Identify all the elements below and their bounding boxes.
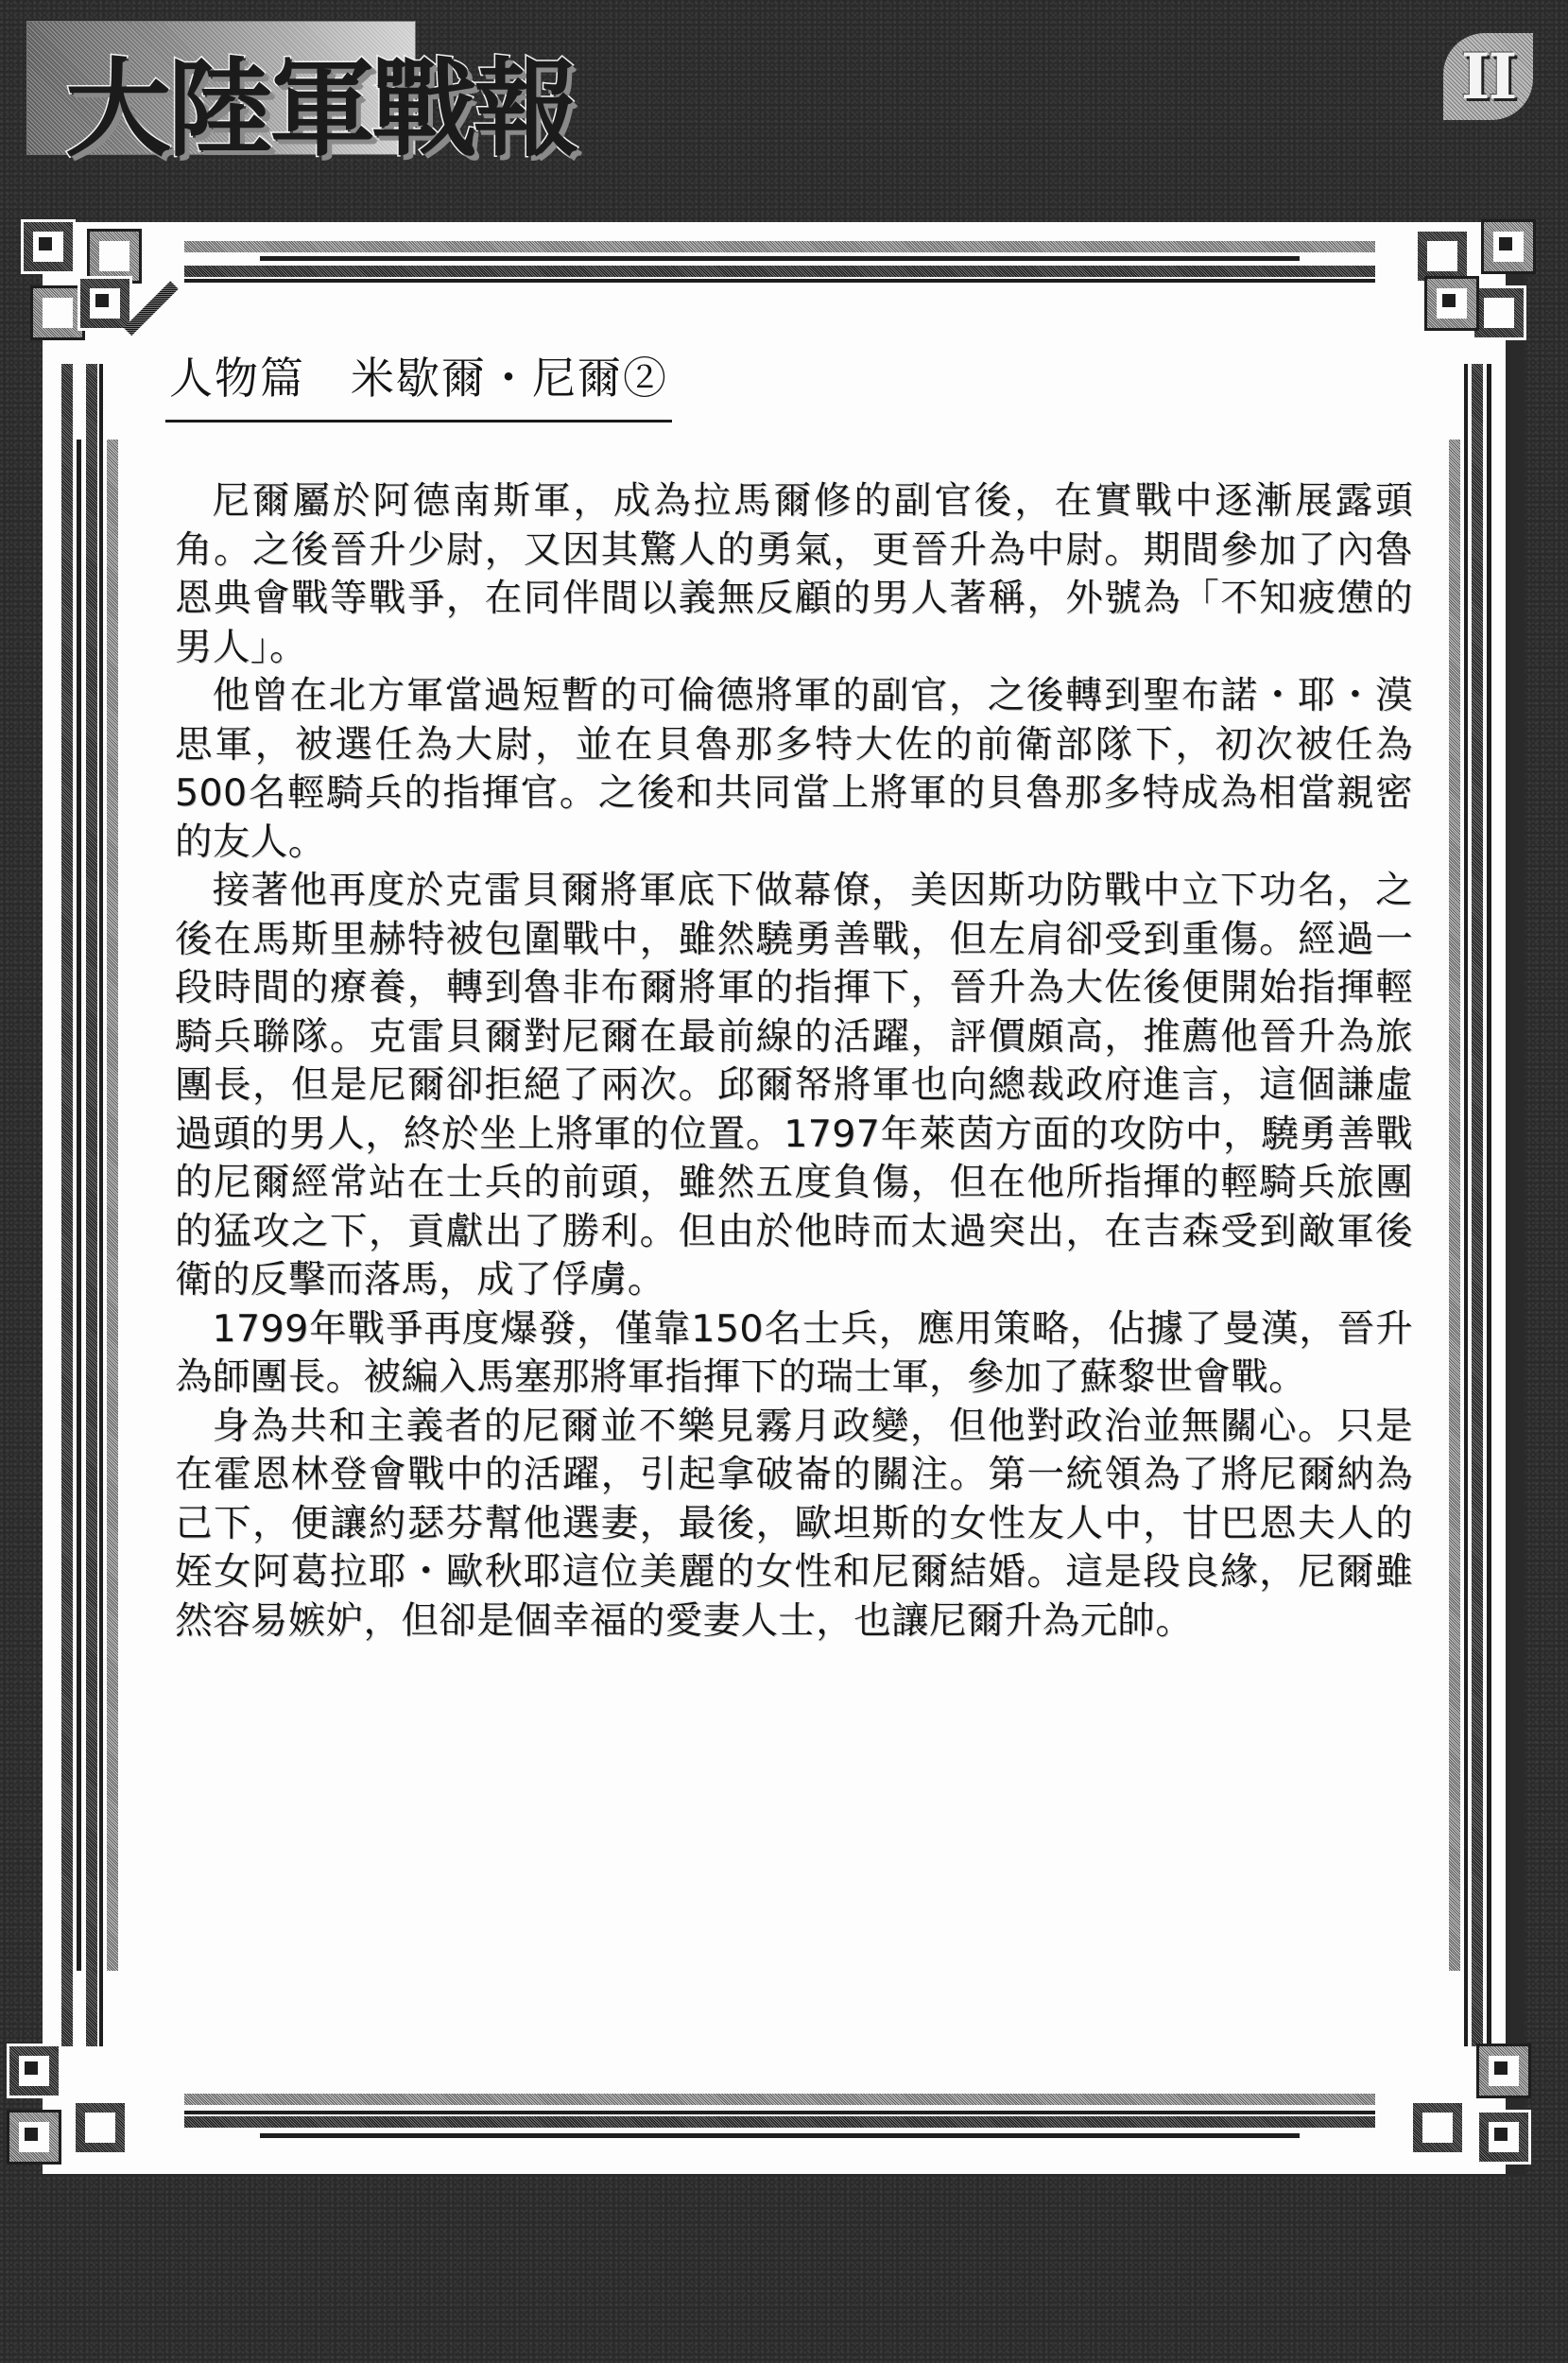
frame-right-line-base [1464, 364, 1468, 2046]
frame-right-edge [1506, 222, 1525, 2174]
frame-right-line-mid [1472, 364, 1483, 2046]
frame-top-line-outer [184, 241, 1375, 252]
paragraph: 他曾在北方軍當過短暫的可倫德將軍的副官，之後轉到聖布諾・耶・漠思軍，被選任為大尉… [175, 672, 1413, 867]
frame-left-line-thin [77, 440, 81, 1971]
frame-bottom-line-top [184, 2111, 1375, 2114]
volume-number: II [1461, 45, 1516, 108]
volume-badge: II [1443, 33, 1533, 120]
frame-right-line-inner [1449, 440, 1460, 1971]
article-content: 人物篇 米歇爾・尼爾② 尼爾屬於阿德南斯軍，成為拉馬爾修的副官後，在實戰中逐漸展… [175, 350, 1413, 1646]
paragraph: 尼爾屬於阿德南斯軍，成為拉馬爾修的副官後，在實戰中逐漸展露頭角。之後晉升少尉，又… [175, 477, 1413, 672]
frame-left-line-outer [61, 364, 73, 2046]
paragraph: 接著他再度於克雷貝爾將軍底下做幕僚，美因斯功防戰中立下功名，之後在馬斯里赫特被包… [175, 867, 1413, 1305]
article-body: 尼爾屬於阿德南斯軍，成為拉馬爾修的副官後，在實戰中逐漸展露頭角。之後晉升少尉，又… [175, 477, 1413, 1646]
frame-top-line-inner [184, 266, 1375, 277]
corner-ornament-bottom-right [1385, 2037, 1536, 2188]
frame-right-line-thin [1487, 364, 1491, 2046]
frame-left-line-mid [86, 364, 97, 2046]
corner-ornament-top-left [14, 213, 165, 364]
frame-top-line-thin [260, 256, 1300, 261]
corner-ornament-top-right [1389, 213, 1541, 364]
frame-top-line-base [184, 279, 1375, 283]
paragraph: 1799年戰爭再度爆發，僅靠150名士兵，應用策略，佔據了曼漢，晉升為師團長。被… [175, 1305, 1413, 1403]
paragraph: 身為共和主義者的尼爾並不樂見霧月政變，但他對政治並無關心。只是在霍恩林登會戰中的… [175, 1403, 1413, 1647]
frame-left-line-base [99, 364, 103, 2046]
corner-ornament-bottom-left [0, 2037, 151, 2188]
frame-left-line-inner [107, 440, 118, 1971]
frame-bottom-line-inner [184, 2116, 1375, 2128]
frame-bottom-line-thin [260, 2133, 1300, 2138]
frame-bottom-line-outer [184, 2094, 1375, 2105]
masthead-banner: 大陸軍戰報 [26, 21, 416, 155]
section-heading: 人物篇 米歇爾・尼爾② [165, 350, 672, 423]
masthead-title: 大陸軍戰報 [65, 48, 576, 171]
